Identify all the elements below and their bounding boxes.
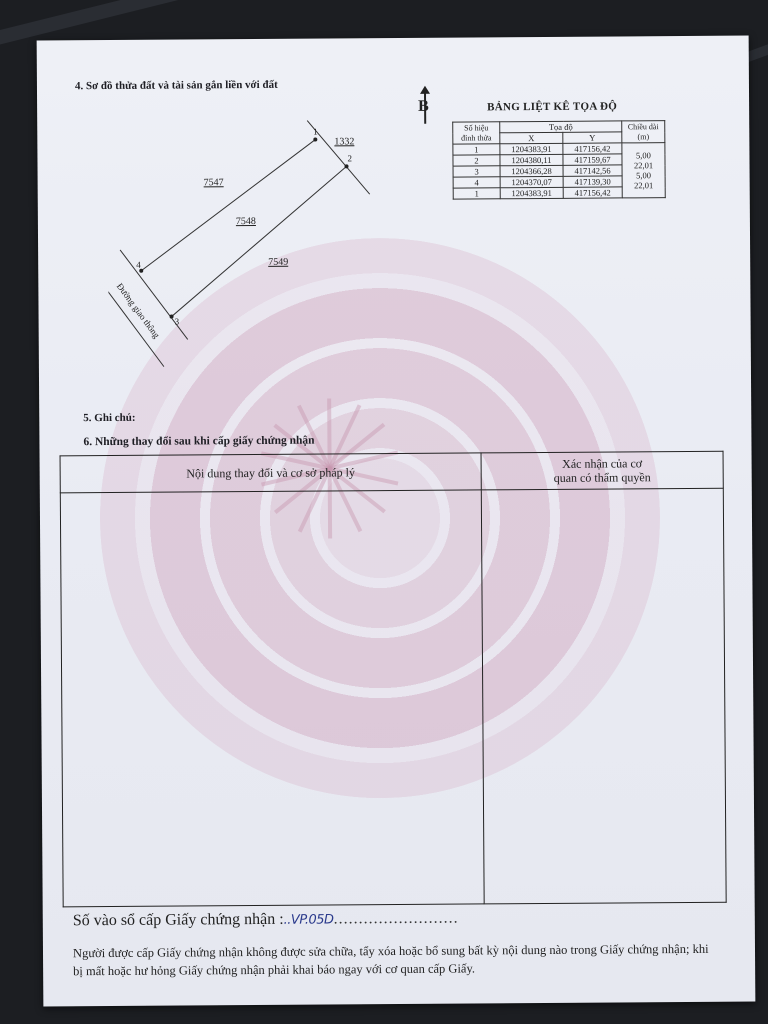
parcel-label-1332: 1332 <box>334 136 354 147</box>
parcel-edge-1-4 <box>140 140 316 271</box>
header-x: X <box>500 132 563 143</box>
lengths-cell: 5,0022,015,0022,01 <box>622 143 665 198</box>
section-6-title: 6. Những thay đổi sau khi cấp giấy chứng… <box>83 435 314 449</box>
coordinate-table: Số hiệu đỉnh thửa Tọa độ Chiều dài (m) X… <box>452 120 666 199</box>
changes-table: Nội dung thay đổi và cơ sở pháp lý Xác n… <box>60 451 727 908</box>
section-5-title: 5. Ghi chú: <box>83 412 135 424</box>
parcel-sketch: 1 2 3 4 7547 7548 7549 1332 Đường giao t… <box>107 108 409 410</box>
vertex-label: 1 <box>313 127 318 137</box>
parcel-label-7547: 7547 <box>204 177 224 188</box>
changes-confirmation-cell <box>481 488 726 904</box>
parcel-label-7549: 7549 <box>268 257 288 268</box>
parcel-edge-2-3 <box>171 166 348 316</box>
section-4-title: 4. Sơ đồ thửa đất và tài sản gắn liền vớ… <box>75 79 278 92</box>
header-length: Chiều dài (m) <box>622 121 665 143</box>
registration-number-line: Số vào sổ cấp Giấy chứng nhận :..VP.05D.… <box>73 910 459 931</box>
header-y: Y <box>563 132 622 143</box>
certificate-page: 4. Sơ đồ thửa đất và tài sản gắn liền vớ… <box>37 36 756 1007</box>
registration-number-handwritten: ..VP.05D <box>284 912 334 927</box>
north-arrow-icon: B <box>415 88 435 124</box>
vertex-label: 4 <box>136 260 141 270</box>
registration-label: Số vào sổ cấp Giấy chứng nhận : <box>73 911 284 929</box>
changes-content-cell <box>60 490 484 907</box>
coordinate-table-title: BẢNG LIỆT KÊ TỌA ĐỘ <box>487 100 617 113</box>
vertex-label: 3 <box>175 317 180 327</box>
notice-text: Người được cấp Giấy chứng nhận không đượ… <box>73 940 713 980</box>
coordinate-row: 11204383,91417156,425,0022,015,0022,01 <box>453 143 665 155</box>
header-coords: Tọa độ <box>500 121 622 133</box>
changes-header-content: Nội dung thay đổi và cơ sở pháp lý <box>60 453 481 493</box>
header-point-id: Số hiệu đỉnh thửa <box>453 122 500 144</box>
changes-header-confirmation: Xác nhận của cơ quan có thẩm quyền <box>481 451 723 490</box>
vertex-label: 2 <box>347 153 352 163</box>
parcel-label-7548: 7548 <box>236 216 256 227</box>
